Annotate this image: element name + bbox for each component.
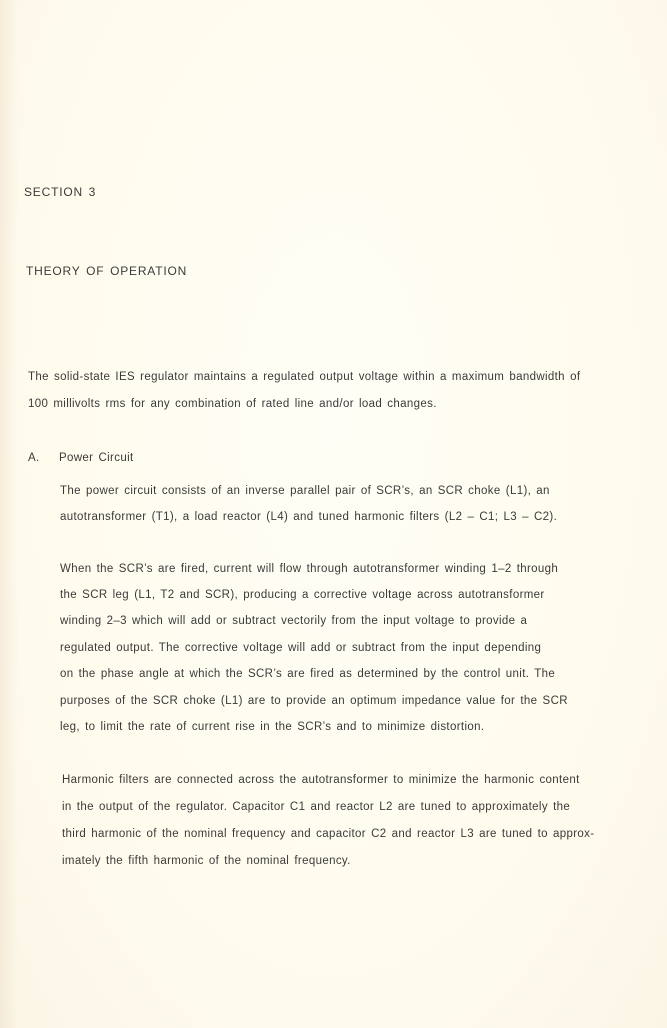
subsection-title: Power Circuit bbox=[59, 451, 134, 465]
paragraph-line: on the phase angle at which the SCR’s ar… bbox=[60, 667, 555, 681]
paragraph-line: regulated output. The corrective voltage… bbox=[60, 641, 541, 655]
paragraph-line: third harmonic of the nominal frequency … bbox=[62, 827, 594, 841]
paragraph-line: leg, to limit the rate of current rise i… bbox=[60, 720, 484, 734]
paragraph-line: winding 2–3 which will add or subtract v… bbox=[60, 614, 527, 628]
subsection-letter: A. bbox=[28, 451, 40, 465]
section-label: SECTION 3 bbox=[24, 185, 96, 199]
paragraph-line: imately the fifth harmonic of the nomina… bbox=[62, 854, 351, 868]
paragraph-line: the SCR leg (L1, T2 and SCR), producing … bbox=[60, 588, 545, 602]
subsection-a-heading: A. Power Circuit bbox=[0, 451, 667, 465]
paragraph-line: in the output of the regulator. Capacito… bbox=[62, 800, 570, 814]
paragraph-line: The power circuit consists of an inverse… bbox=[60, 484, 550, 498]
intro-line: 100 millivolts rms for any combination o… bbox=[28, 397, 437, 411]
paragraph-line: autotransformer (T1), a load reactor (L4… bbox=[60, 510, 557, 524]
paragraph-line: Harmonic filters are connected across th… bbox=[62, 773, 580, 787]
section-title: THEORY OF OPERATION bbox=[26, 264, 187, 278]
intro-line: The solid-state IES regulator maintains … bbox=[28, 370, 580, 384]
document-page: SECTION 3 THEORY OF OPERATION The solid-… bbox=[0, 0, 667, 1028]
paragraph-line: purposes of the SCR choke (L1) are to pr… bbox=[60, 694, 568, 708]
paragraph-line: When the SCR’s are fired, current will f… bbox=[60, 562, 558, 576]
